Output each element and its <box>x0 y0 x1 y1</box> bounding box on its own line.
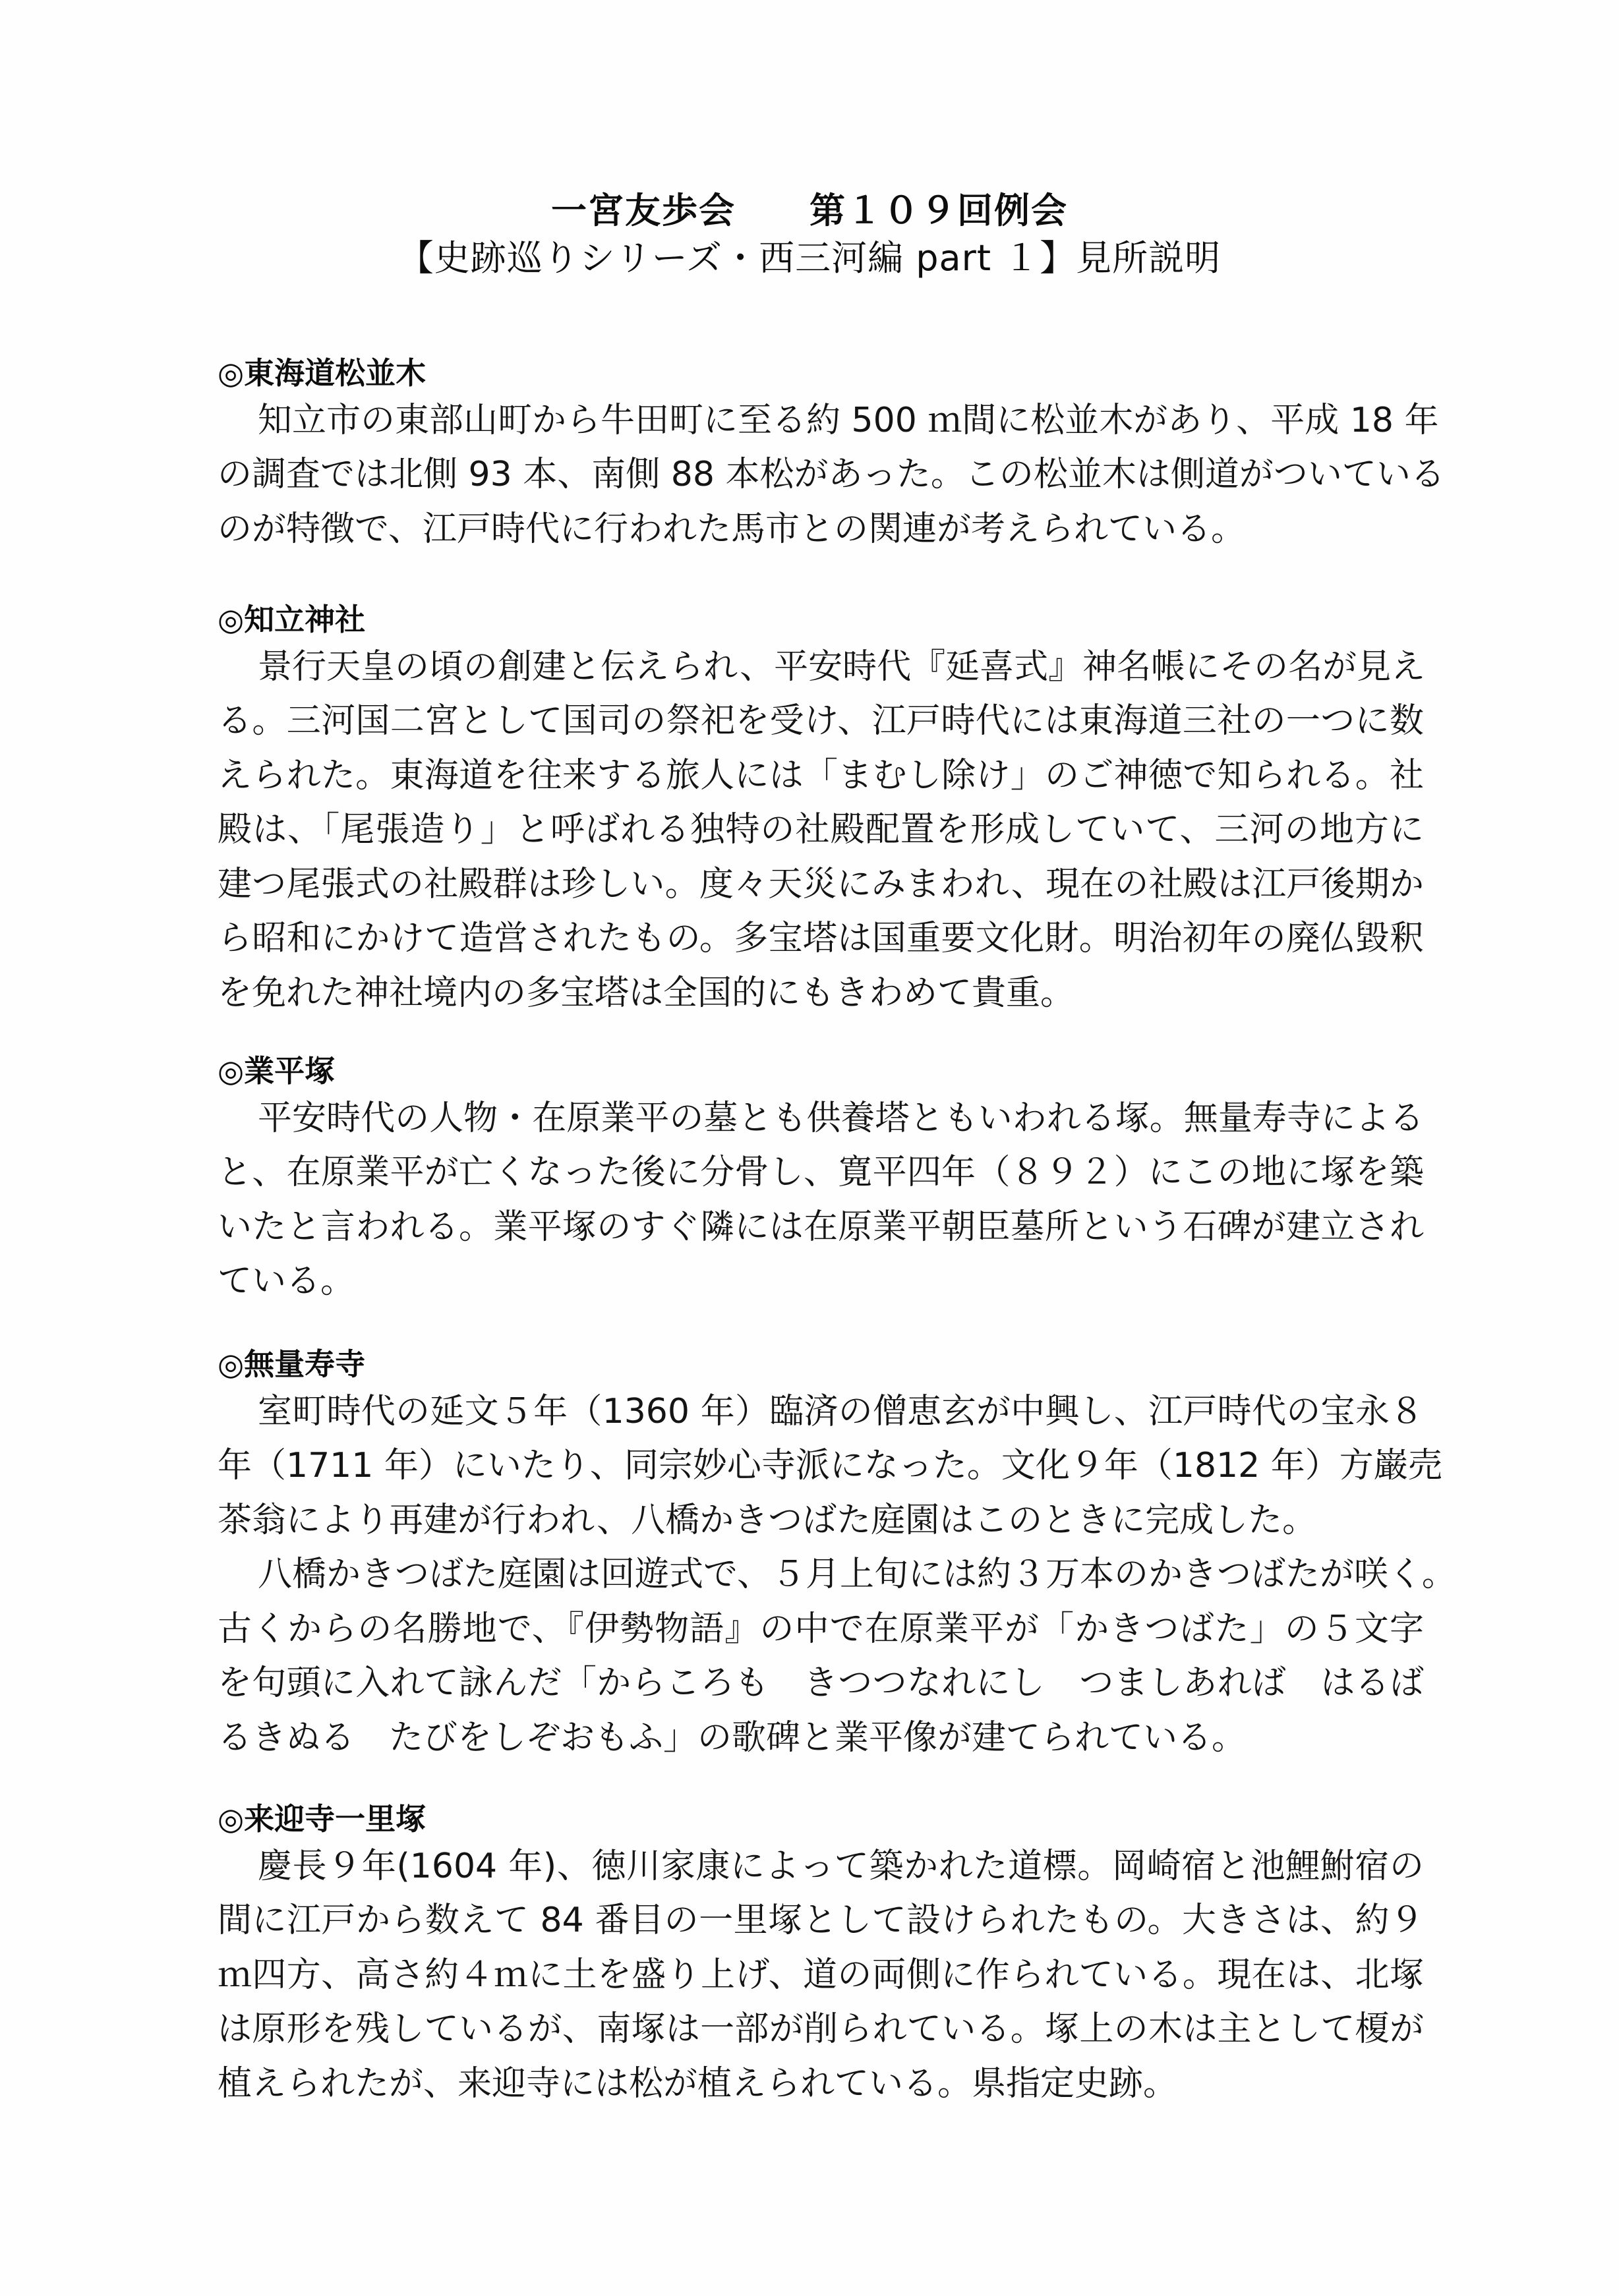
body-line: のが特徴で、江戸時代に行われた馬市との関連が考えられている。 <box>218 508 1424 550</box>
body-line: えられた。東海道を往来する旅人には「まむし除け」のご神徳で知られる。社 <box>218 755 1424 797</box>
body-line: の調査では北側 93 本、南側 88 本松があった。この松並木は側道がついている <box>218 453 1424 496</box>
body-line: 茶翁により再建が行われ、八橋かきつばた庭園はこのときに完成した。 <box>218 1499 1424 1541</box>
body-line: ｍ四方、高さ約４ｍに土を盛り上げ、道の両側に作られている。現在は、北塚 <box>218 1954 1424 1996</box>
body-line: 間に江戸から数えて 84 番目の一里塚として設けられたもの。大きさは、約９ <box>218 1899 1424 1941</box>
section-heading: ◎東海道松並木 <box>218 353 426 393</box>
document-title: 一宮友歩会 第１０９回例会 <box>0 190 1619 232</box>
document-page: 一宮友歩会 第１０９回例会 【史跡巡りシリーズ・西三河編 part １】見所説明… <box>0 0 1619 2296</box>
section-heading: ◎無量寿寺 <box>218 1344 365 1384</box>
body-line: ている。 <box>218 1260 1424 1302</box>
body-line: 植えられたが、来迎寺には松が植えられている。県指定史跡。 <box>218 2063 1424 2105</box>
body-line: 建つ尾張式の社殿群は珍しい。度々天災にみまわれ、現在の社殿は江戸後期か <box>218 863 1424 905</box>
body-line: る。三河国二宮として国司の祭祀を受け、江戸時代には東海道三社の一つに数 <box>218 700 1424 742</box>
body-line: ら昭和にかけて造営されたもの。多宝塔は国重要文化財。明治初年の廃仏毀釈 <box>218 917 1424 960</box>
section-heading: ◎来迎寺一里塚 <box>218 1799 426 1839</box>
body-line: 室町時代の延文５年（1360 年）臨済の僧恵玄が中興し、江戸時代の宝永８ <box>218 1391 1424 1433</box>
body-line: いたと言われる。業平塚のすぐ隣には在原業平朝臣墓所という石碑が建立され <box>218 1206 1424 1248</box>
section-heading: ◎業平塚 <box>218 1051 335 1091</box>
body-line: を句頭に入れて詠んだ「からころも きつつなれにし つましあれば はるば <box>218 1662 1424 1704</box>
body-line: は原形を残しているが、南塚は一部が削られている。塚上の木は主として榎が <box>218 2008 1424 2050</box>
body-line: 年（1711 年）にいたり、同宗妙心寺派になった。文化９年（1812 年）方巌売 <box>218 1445 1424 1487</box>
body-line: 八橋かきつばた庭園は回遊式で、５月上旬には約３万本のかきつばたが咲く。 <box>218 1553 1424 1595</box>
body-line: と、在原業平が亡くなった後に分骨し、寛平四年（８９２）にこの地に塚を築 <box>218 1151 1424 1193</box>
body-line: るきぬる たびをしぞおもふ」の歌碑と業平像が建てられている。 <box>218 1717 1424 1759</box>
body-line: 古くからの名勝地で、『伊勢物語』の中で在原業平が「かきつばた」の５文字 <box>218 1608 1424 1650</box>
body-line: を免れた神社境内の多宝塔は全国的にもきわめて貴重。 <box>218 972 1424 1014</box>
section-heading: ◎知立神社 <box>218 600 365 639</box>
body-line: 景行天皇の頃の創建と伝えられ、平安時代『延喜式』神名帳にその名が見え <box>218 646 1424 688</box>
body-line: 慶長９年(1604 年)、徳川家康によって築かれた道標。岡崎宿と池鯉鮒宿の <box>218 1845 1424 1887</box>
document-subtitle: 【史跡巡りシリーズ・西三河編 part １】見所説明 <box>0 237 1619 279</box>
body-line: 平安時代の人物・在原業平の墓とも供養塔ともいわれる塚。無量寿寺による <box>218 1097 1424 1139</box>
body-line: 殿は、「尾張造り」と呼ばれる独特の社殿配置を形成していて、三河の地方に <box>218 809 1424 851</box>
body-line: 知立市の東部山町から牛田町に至る約 500 ｍ間に松並木があり、平成 18 年 <box>218 399 1424 442</box>
